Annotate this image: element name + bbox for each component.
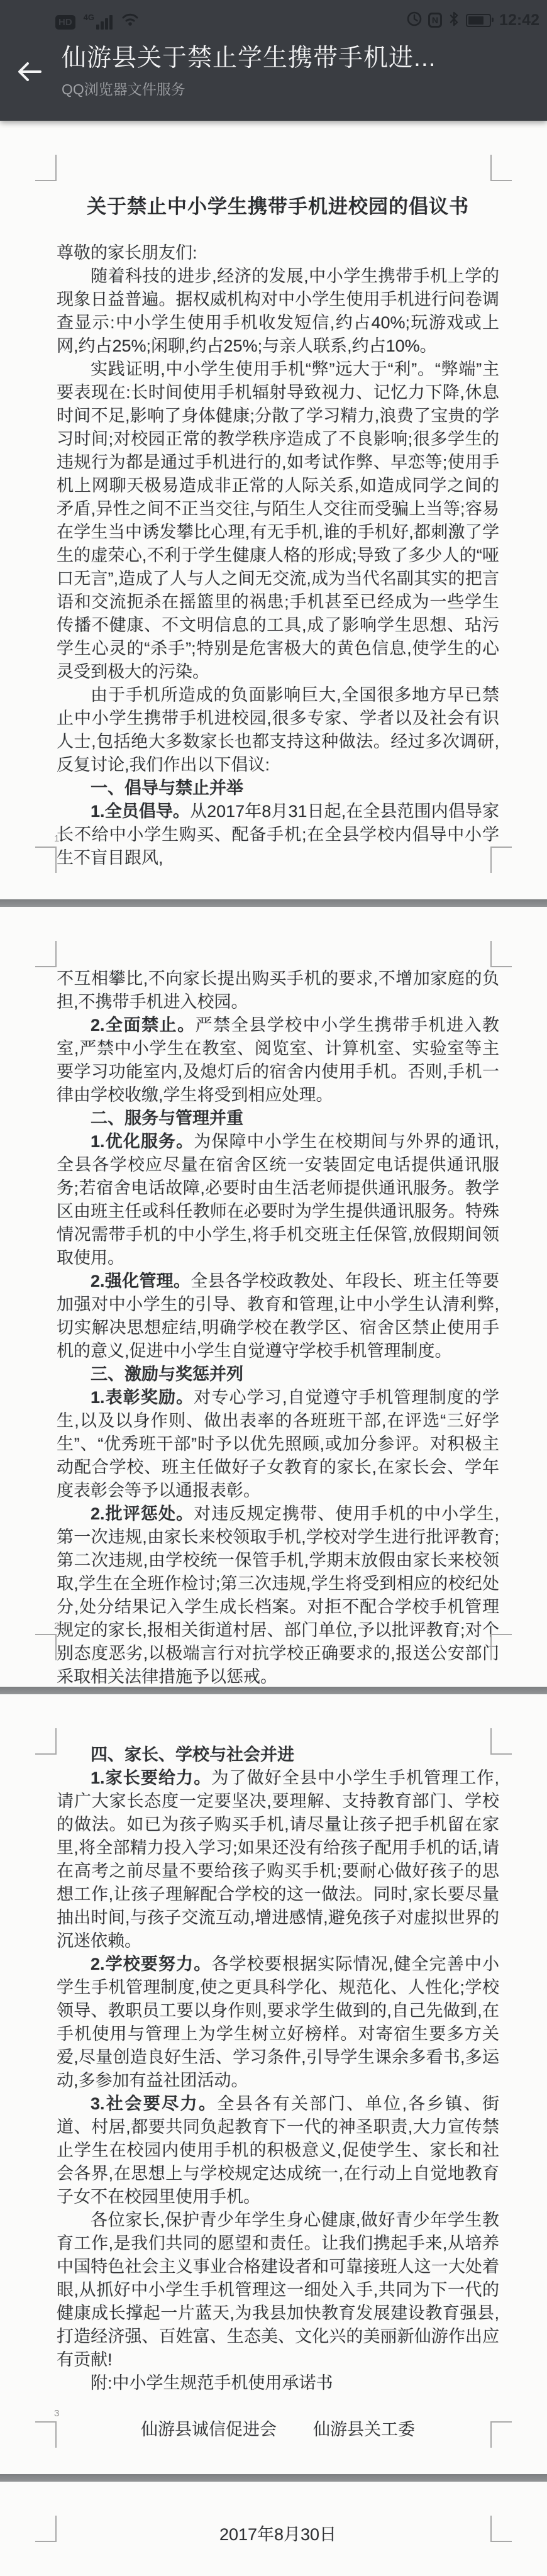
crop-mark-tr — [490, 155, 512, 181]
page-number: 1 — [54, 833, 59, 844]
back-arrow-icon — [15, 59, 43, 84]
crop-mark-tr — [490, 941, 512, 967]
paragraph: 各位家长,保护青少年学生身心健康,做好青少年学生教育工作,是我们共同的愿望和责任… — [57, 2209, 499, 2372]
page-number: 2 — [54, 1621, 59, 1631]
crop-mark-tr — [490, 1728, 512, 1755]
crop-mark-tl — [35, 2516, 57, 2542]
wifi-icon — [121, 11, 140, 30]
signature-name: 仙游县诚信促进会 — [141, 2418, 277, 2441]
paragraph-lead: 1.家长要给力。 — [91, 1768, 211, 1787]
phone-screen: HD 4G — [0, 0, 547, 2576]
paragraph: 2.批评惩处。对违反规定携带、使用手机的中小学生,第一次违规,由家长来校领取手机… — [57, 1502, 499, 1687]
bluetooth-icon — [448, 11, 460, 30]
status-time: 12:42 — [499, 11, 539, 30]
crop-mark-tl — [35, 1728, 57, 1755]
paragraph-lead: 1.全员倡导。 — [91, 802, 190, 821]
page-body: 四、家长、学校与社会并进1.家长要给力。为了做好全县中小学生手机管理工作,请广大… — [57, 1694, 499, 2441]
page-body: 不互相攀比,不向家长提出购买手机的要求,不增加家庭的负担,不携带手机进入校园。2… — [57, 907, 499, 1687]
page-subtitle: QQ浏览器文件服务 — [62, 78, 511, 99]
section-heading: 二、服务与管理并重 — [57, 1107, 499, 1130]
page-title: 仙游县关于禁止学生携带手机进... — [62, 44, 511, 74]
4g-signal-icon: 4G — [84, 15, 113, 30]
crop-mark-tl — [35, 155, 57, 181]
paragraph-lead: 2.学校要努力。 — [91, 1955, 211, 1974]
paragraph-lead: 2.强化管理。 — [91, 1272, 191, 1291]
signal-bars-icon — [96, 15, 113, 30]
paragraph: 2.强化管理。全县各学校政教处、年段长、班主任等要加强对中小学生的引导、教育和管… — [57, 1270, 499, 1363]
crop-mark-br — [490, 2421, 512, 2448]
document-page: 不互相攀比,不向家长提出购买手机的要求,不增加家庭的负担,不携带手机进入校园。2… — [0, 907, 547, 1687]
nfc-icon: N — [428, 13, 442, 28]
paragraph: 随着科技的进步,经济的发展,中小学生携带手机上学的现象日益普遍。据权威机构对中小… — [57, 265, 499, 358]
app-bar: 仙游县关于禁止学生携带手机进... QQ浏览器文件服务 — [0, 34, 547, 99]
section-heading: 一、倡导与禁止并举 — [57, 777, 499, 800]
alarm-clock-icon — [406, 11, 423, 30]
document-page: 2017年8月30日 — [0, 2482, 547, 2576]
paragraph: 2.全面禁止。严禁全县学校中小学生携带手机进入教室,严禁中小学生在教室、阅览室、… — [57, 1014, 499, 1107]
paragraph: 1.表彰奖励。对专心学习,自觉遵守手机管理制度的学生,以及以身作则、做出表率的各… — [57, 1386, 499, 1502]
paragraph: 由于手机所造成的负面影响巨大,全国很多地方早已禁止中小学生携带手机进校园,很多专… — [57, 684, 499, 777]
page-body: 2017年8月30日 — [57, 2482, 499, 2546]
paragraph: 3.社会要尽力。全县各有关部门、单位,各乡镇、街道、村居,都要共同负起教育下一代… — [57, 2092, 499, 2209]
paragraph-lead: 1.优化服务。 — [91, 1132, 194, 1151]
title-wrap: 仙游县关于禁止学生携带手机进... QQ浏览器文件服务 — [62, 44, 511, 99]
document-title: 关于禁止中小学生携带手机进校园的倡议书 — [57, 195, 499, 218]
page-number: 3 — [54, 2408, 59, 2419]
paragraph-lead: 2.批评惩处。 — [91, 1504, 194, 1523]
page-body: 关于禁止中小学生携带手机进校园的倡议书尊敬的家长朋友们:随着科技的进步,经济的发… — [57, 121, 499, 870]
signature-line: 仙游县诚信促进会仙游县关工委 — [57, 2418, 499, 2441]
hd-icon: HD — [55, 15, 75, 30]
paragraph: 不互相攀比,不向家长提出购买手机的要求,不增加家庭的负担,不携带手机进入校园。 — [57, 967, 499, 1014]
crop-mark-br — [490, 1634, 512, 1660]
section-heading: 四、家长、学校与社会并进 — [57, 1743, 499, 1767]
signature-name: 仙游县关工委 — [313, 2418, 415, 2441]
crop-mark-br — [490, 847, 512, 873]
overflow-menu-button[interactable] — [511, 44, 538, 58]
back-button[interactable] — [14, 53, 44, 91]
paragraph: 实践证明,中小学生使用手机“弊”远大于“利”。“弊端”主要表现在:长时间使用手机… — [57, 358, 499, 684]
paragraph: 1.优化服务。为保障中小学生在校期间与外界的通讯,全县各学校应尽量在宿舍区统一安… — [57, 1130, 499, 1270]
paragraph-lead: 2.全面禁止。 — [91, 1016, 196, 1035]
paragraph-lead: 3.社会要尽力。 — [91, 2094, 217, 2113]
status-bar: HD 4G — [0, 0, 547, 34]
document-page: 四、家长、学校与社会并进1.家长要给力。为了做好全县中小学生手机管理工作,请广大… — [0, 1694, 547, 2474]
page-divider — [0, 2474, 547, 2482]
paragraph: 1.家长要给力。为了做好全县中小学生手机管理工作,请广大家长态度一定要坚决,要理… — [57, 1767, 499, 1953]
page-divider — [0, 899, 547, 907]
crop-mark-bl — [35, 847, 57, 873]
battery-icon — [466, 14, 491, 27]
status-icons-right: N 12:42 — [406, 11, 539, 30]
document-date: 2017年8月30日 — [57, 2523, 499, 2546]
status-icons-left: HD 4G — [55, 11, 140, 30]
network-type-label: 4G — [84, 13, 94, 22]
document-page: 关于禁止中小学生携带手机进校园的倡议书尊敬的家长朋友们:随着科技的进步,经济的发… — [0, 121, 547, 899]
browser-header: HD 4G — [0, 0, 547, 121]
crop-mark-bl — [35, 2421, 57, 2448]
attachment-note: 附:中小学生规范手机使用承诺书 — [57, 2372, 499, 2395]
paragraph: 尊敬的家长朋友们: — [57, 241, 499, 265]
crop-mark-tl — [35, 941, 57, 967]
crop-mark-bl — [35, 1634, 57, 1660]
paragraph: 1.全员倡导。从2017年8月31日起,在全县范围内倡导家长不给中小学生购买、配… — [57, 800, 499, 870]
crop-mark-tr — [490, 2516, 512, 2542]
document-area[interactable]: 关于禁止中小学生携带手机进校园的倡议书尊敬的家长朋友们:随着科技的进步,经济的发… — [0, 121, 547, 2576]
paragraph: 2.学校要努力。各学校要根据实际情况,健全完善中小学生手机管理制度,使之更具科学… — [57, 1953, 499, 2092]
section-heading: 三、激励与奖惩并列 — [57, 1363, 499, 1386]
paragraph-lead: 1.表彰奖励。 — [91, 1388, 194, 1407]
page-divider — [0, 1687, 547, 1694]
